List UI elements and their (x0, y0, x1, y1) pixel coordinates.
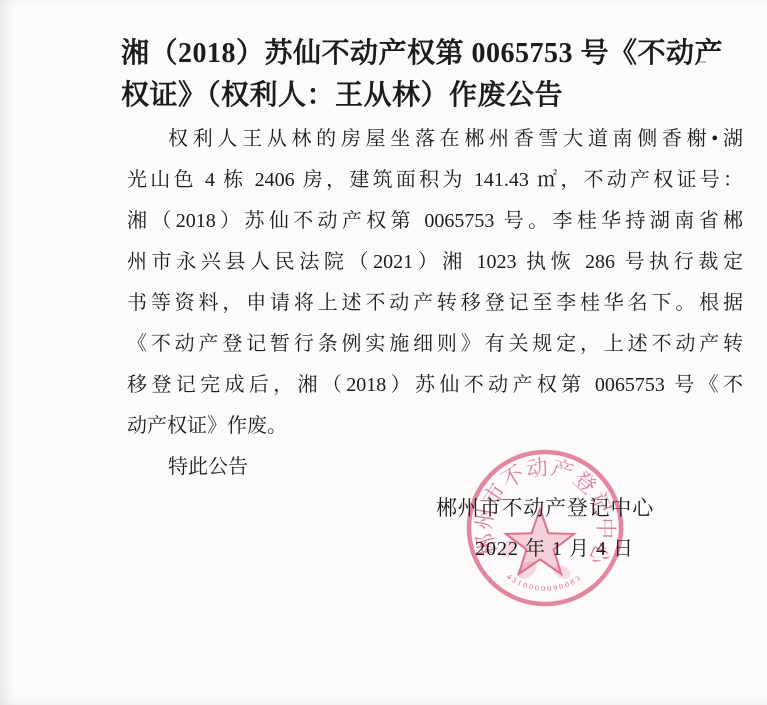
body-line: 移登记完成后，湘（2018）苏仙不动产权第 0065753 号《不 (127, 365, 743, 406)
body-line: 《不动产登记暂行条例实施细则》有关规定，上述不动产转 (127, 324, 743, 365)
closing-line: 特此公告 (127, 447, 743, 488)
notice-body: 权利人王从林的房屋坐落在郴州香雪大道南侧香榭•湖 光山色 4 栋 2406 房，… (127, 119, 743, 570)
notice-title-line-1: 湘（2018）苏仙不动产权第 0065753 号《不动产 (121, 33, 737, 75)
body-line: 湘（2018）苏仙不动产权第 0065753 号。李桂华持湖南省郴 (127, 201, 743, 242)
body-line: 光山色 4 栋 2406 房，建筑面积为 141.43 ㎡，不动产权证号： (127, 160, 743, 201)
document-page: 郴州市不动产登记中心 4310000090083 湘（2018）苏仙不动产权第 … (0, 0, 767, 705)
notice-title: 湘（2018）苏仙不动产权第 0065753 号《不动产 权证》（权利人：王从林… (121, 33, 737, 117)
body-line: 州市永兴县人民法院（2021）湘 1023 执恢 286 号执行裁定 (127, 242, 743, 283)
notice-title-line-2: 权证》（权利人：王从林）作废公告 (121, 75, 737, 117)
signature-date: 2022 年 1 月 4 日 (127, 529, 743, 570)
signature-org: 郴州市不动产登记中心 (127, 488, 743, 529)
body-line: 动产权证》作废。 (127, 406, 743, 447)
stamp-serial-number: 4310000090083 (505, 572, 584, 593)
scan-artifact (699, 61, 706, 63)
body-line: 权利人王从林的房屋坐落在郴州香雪大道南侧香榭•湖 (127, 119, 743, 160)
body-line: 书等资料，申请将上述不动产转移登记至李桂华名下。根据 (127, 283, 743, 324)
